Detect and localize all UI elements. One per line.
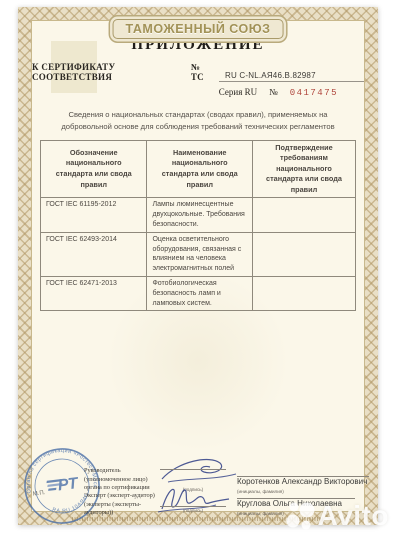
- appendix-title: ПРИЛОЖЕНИЕ: [32, 37, 364, 54]
- head-signatory-label: Руководитель (уполномоченное лицо) орган…: [84, 467, 162, 493]
- avito-watermark: Avito: [285, 500, 389, 532]
- stamp-place-mark: М.П.: [32, 490, 46, 498]
- expert-name-line: [237, 498, 355, 499]
- stamp-logo-letters: РТ: [57, 475, 80, 494]
- header-designation: Обозначение национального стандарта или …: [41, 140, 147, 198]
- number-sign: №: [269, 87, 278, 97]
- intro-text: Сведения о национальных стандартах (свод…: [52, 109, 344, 133]
- certificate-content: ПРИЛОЖЕНИЕ К СЕРТИФИКАТУ СООТВЕТСТВИЯ № …: [32, 21, 364, 511]
- standards-table: Обозначение национального стандарта или …: [40, 140, 356, 312]
- standard-designation: ГОСТ IEC 62471-2013: [41, 277, 147, 311]
- avito-logo-icon: [285, 500, 317, 532]
- header-name: Наименование национального стандарта или…: [147, 140, 253, 198]
- table-header-row: Обозначение национального стандарта или …: [41, 140, 356, 198]
- head-name-caption: (инициалы, фамилия): [237, 489, 337, 494]
- customs-union-plaque: ТАМОЖЕННЫЙ СОЮЗ: [113, 19, 284, 39]
- expert-signature-caption: (подпись): [160, 508, 226, 513]
- standard-name: Фотобиологическая безопасность ламп и ла…: [147, 277, 253, 311]
- standard-row: ГОСТ IEC 62471-2013 Фотобиологическая бе…: [41, 277, 356, 311]
- confirmation-cell: [252, 198, 355, 232]
- expert-signature-line: [160, 506, 226, 507]
- expert-signatory-label: Эксперт (эксперт-аудитор) (эксперты (экс…: [84, 492, 162, 518]
- head-name-line: [237, 476, 369, 477]
- head-signature-line: [160, 469, 226, 470]
- standard-name: Лампы люминесцентные двухцокольные. Треб…: [147, 198, 253, 232]
- certificate-number: RU C-NL.АЯ46.В.82987: [219, 71, 364, 82]
- series-line: Серия RU № 0417475: [32, 87, 364, 98]
- avito-watermark-text: Avito: [318, 500, 389, 532]
- series-label: Серия RU: [219, 87, 257, 97]
- cert-no-prefix: № ТС: [191, 62, 214, 82]
- standard-row: ГОСТ IEC 61195-2012 Лампы люминесцентные…: [41, 198, 356, 232]
- certificate: ПРИЛОЖЕНИЕ К СЕРТИФИКАТУ СООТВЕТСТВИЯ № …: [18, 7, 378, 525]
- cert-label: К СЕРТИФИКАТУ СООТВЕТСТВИЯ: [32, 62, 186, 82]
- scanned-photo: ПРИЛОЖЕНИЕ К СЕРТИФИКАТУ СООТВЕТСТВИЯ № …: [0, 0, 394, 540]
- certificate-reference: К СЕРТИФИКАТУ СООТВЕТСТВИЯ № ТС RU C-NL.…: [32, 62, 364, 82]
- rostest-logo-icon: РТ: [44, 475, 80, 496]
- standard-row: ГОСТ IEC 62493-2014 Оценка осветительног…: [41, 232, 356, 276]
- header-confirmation: Подтверждение требованиям национального …: [252, 140, 355, 198]
- standard-name: Оценка осветительного оборудования, связ…: [147, 232, 253, 276]
- confirmation-cell: [252, 232, 355, 276]
- standard-designation: ГОСТ IEC 61195-2012: [41, 198, 147, 232]
- serial-number: 0417475: [290, 88, 338, 98]
- standard-designation: ГОСТ IEC 62493-2014: [41, 232, 147, 276]
- certificate-paper: ПРИЛОЖЕНИЕ К СЕРТИФИКАТУ СООТВЕТСТВИЯ № …: [31, 20, 365, 512]
- head-name: Коротенков Александр Викторович: [237, 477, 367, 486]
- confirmation-cell: [252, 277, 355, 311]
